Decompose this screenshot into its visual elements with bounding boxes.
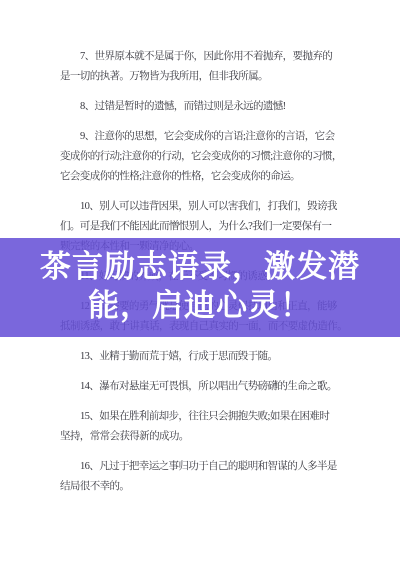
quote-line: 7、世界原本就不是属于你，因此你用不着抛弃，要抛弃的	[60, 47, 344, 67]
banner-title-line-2: 能，启迪心灵！	[88, 286, 312, 325]
quote-line: 坚持，常常会获得新的成功。	[60, 427, 344, 447]
quote-paragraph: 7、世界原本就不是属于你，因此你用不着抛弃，要抛弃的是一切的执著。万物皆为我所用…	[60, 47, 344, 87]
quote-paragraph: 9、注意你的思想，它会变成你的言语;注意你的言语，它会变成你的行动;注意你的行动…	[60, 127, 344, 187]
quote-paragraph: 8、过错是暂时的遗憾，而错过则是永远的遗憾!	[60, 97, 344, 117]
article-page: { "page": { "background_color": "#ffffff…	[0, 0, 400, 566]
quote-line: 结局很不幸的。	[60, 477, 344, 497]
quote-line: 16、凡过于把幸运之事归功于自己的聪明和智谋的人多半是	[60, 457, 344, 477]
quote-line: 10、别人可以违背因果，别人可以害我们，打我们，毁谤我	[60, 197, 344, 217]
quote-paragraph: 16、凡过于把幸运之事归功于自己的聪明和智谋的人多半是结局很不幸的。	[60, 457, 344, 497]
quote-line: 是一切的执著。万物皆为我所用，但非我所属。	[60, 67, 344, 87]
quote-paragraph: 14、瀑布对悬崖无可畏惧，所以唱出气势磅礴的生命之歌。	[60, 377, 344, 397]
quote-line: 它会变成你的性格;注意你的性格，它会变成你的命运。	[60, 167, 344, 187]
quote-line: 9、注意你的思想，它会变成你的言语;注意你的言语，它会	[60, 127, 344, 147]
quote-line: 14、瀑布对悬崖无可畏惧，所以唱出气势磅礴的生命之歌。	[60, 377, 344, 397]
quote-line: 15、如果在胜利前却步，往往只会拥抱失败;如果在困难时	[60, 407, 344, 427]
quote-paragraph: 13、业精于勤而荒于嬉，行成于思而毁于随。	[60, 347, 344, 367]
quote-line: 变成你的行动;注意你的行动，它会变成你的习惯;注意你的习惯，	[60, 147, 344, 167]
title-banner: 茶言励志语录，激发潜 能，启迪心灵！	[0, 238, 400, 337]
quote-line: 们。可是我们不能因此而憎恨别人，为什么?我们一定要保有一	[60, 217, 344, 237]
quote-line: 13、业精于勤而荒于嬉，行成于思而毁于随。	[60, 347, 344, 367]
quote-line: 8、过错是暂时的遗憾，而错过则是永远的遗憾!	[60, 97, 344, 117]
banner-title-line-1: 茶言励志语录，激发潜	[40, 247, 360, 286]
quote-paragraph: 15、如果在胜利前却步，往往只会拥抱失败;如果在困难时坚持，常常会获得新的成功。	[60, 407, 344, 447]
